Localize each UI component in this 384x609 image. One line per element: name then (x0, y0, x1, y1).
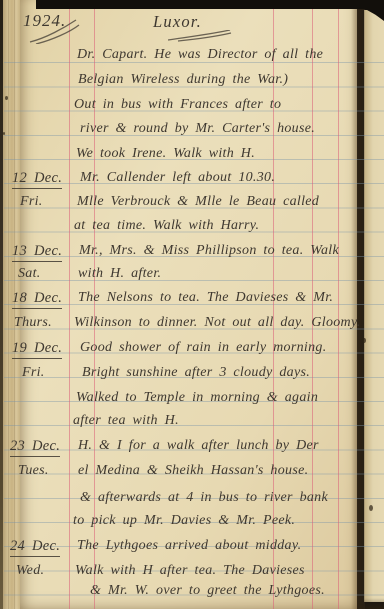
diary-line: Wilkinson to dinner. Not out all day. Gl… (74, 314, 361, 332)
photo-background-top (36, 0, 384, 9)
ink-speck (3, 132, 5, 135)
entry-date: 12 Dec. (12, 169, 62, 189)
next-page-edge (364, 10, 384, 602)
ink-speck (5, 96, 8, 100)
diary-line: at tea time. Walk with Harry. (74, 217, 259, 235)
diary-line: We took Irene. Walk with H. (76, 145, 255, 163)
diary-line: The Nelsons to tea. The Davieses & Mr. (78, 289, 333, 307)
entry-day: Tues. (18, 462, 49, 480)
diary-line: H. & I for a walk after lunch by Der (78, 437, 319, 455)
entry-day: Fri. (22, 364, 45, 382)
diary-line: after tea with H. (73, 412, 179, 430)
diary-line: Belgian Wireless during the War.) (78, 71, 288, 89)
page-year: 1924. (23, 12, 66, 30)
diary-line: Mlle Verbrouck & Mlle le Beau called (77, 193, 319, 211)
diary-line: The Lythgoes arrived about midday. (77, 537, 301, 555)
entry-date: 18 Dec. (12, 289, 62, 309)
entry-day: Thurs. (14, 314, 52, 332)
entry-date: 13 Dec. (12, 242, 62, 262)
diary-line: & Mr. W. over to greet the Lythgoes. (90, 582, 325, 600)
entry-day: Fri. (20, 193, 43, 211)
margin-line-left-1 (69, 8, 70, 609)
ink-speck (369, 505, 373, 511)
diary-line: Bright sunshine after 3 cloudy days. (82, 364, 310, 382)
page-fold-shadow (351, 0, 365, 609)
ink-speck (363, 338, 366, 343)
diary-line: to pick up Mr. Davies & Mr. Peek. (73, 512, 295, 530)
corner-shadow (357, 598, 384, 609)
diary-line: Dr. Capart. He was Director of all the (77, 46, 323, 64)
diary-line: Good shower of rain in early morning. (80, 339, 327, 357)
entry-date: 23 Dec. (10, 437, 60, 457)
diary-line: el Medina & Sheikh Hassan's house. (78, 462, 308, 480)
diary-scan: 1924. Luxor. Dr. Capart. He was Director… (0, 0, 384, 609)
page-title: Luxor. (153, 13, 202, 31)
entry-day: Wed. (16, 562, 44, 580)
entry-date: 24 Dec. (10, 537, 60, 557)
diary-line: Mr. Callender left about 10.30. (80, 169, 275, 187)
diary-line: & afterwards at 4 in bus to river bank (80, 489, 328, 507)
diary-line: with H. after. (78, 265, 161, 283)
diary-line: Walked to Temple in morning & again (76, 389, 318, 407)
entry-day: Sat. (18, 265, 41, 283)
diary-line: Walk with H after tea. The Davieses (75, 562, 305, 580)
entry-date: 19 Dec. (12, 339, 62, 359)
margin-line-right-2 (312, 8, 313, 609)
diary-line: Out in bus with Frances after to (74, 96, 281, 114)
margin-line-right-3 (338, 8, 339, 609)
diary-line: Mr., Mrs. & Miss Phillipson to tea. Walk (79, 242, 339, 260)
diary-line: river & round by Mr. Carter's house. (80, 120, 315, 138)
